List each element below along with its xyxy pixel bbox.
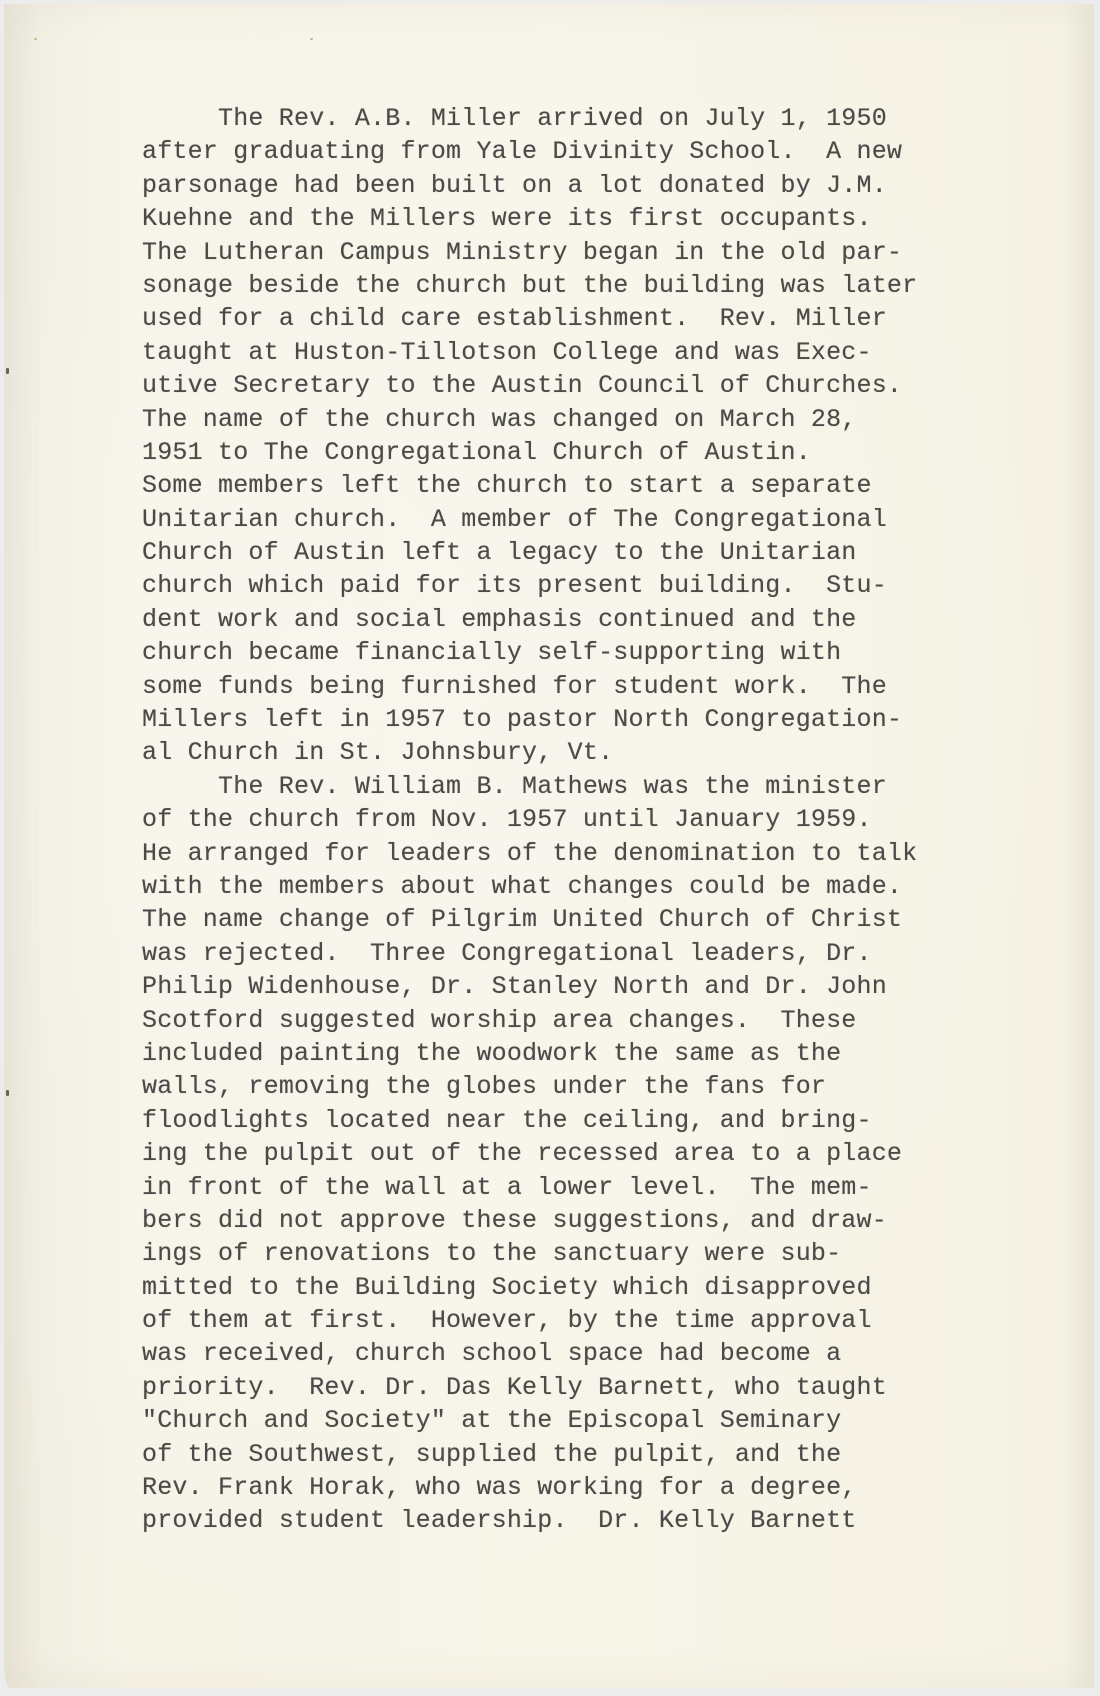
- text-line: of the Southwest, supplied the pulpit, a…: [142, 1438, 1042, 1471]
- text-line: taught at Huston-Tillotson College and w…: [142, 336, 1042, 369]
- text-line: with the members about what changes coul…: [142, 870, 1042, 903]
- text-line: was received, church school space had be…: [142, 1337, 1042, 1370]
- text-line: Unitarian church. A member of The Congre…: [142, 503, 1042, 536]
- text-line: dent work and social emphasis continued …: [142, 603, 1042, 636]
- text-line: included painting the woodwork the same …: [142, 1037, 1042, 1070]
- scanned-page: The Rev. A.B. Miller arrived on July 1, …: [4, 4, 1094, 1688]
- text-line: Millers left in 1957 to pastor North Con…: [142, 703, 1042, 736]
- paragraph: The Rev. William B. Mathews was the mini…: [142, 770, 1042, 1538]
- text-line: al Church in St. Johnsbury, Vt.: [142, 736, 1042, 769]
- text-line: was rejected. Three Congregational leade…: [142, 937, 1042, 970]
- text-line: The Rev. William B. Mathews was the mini…: [142, 770, 1042, 803]
- text-line: of the church from Nov. 1957 until Janua…: [142, 803, 1042, 836]
- margin-mark: [6, 1090, 9, 1096]
- text-line: The name of the church was changed on Ma…: [142, 403, 1042, 436]
- text-line: church which paid for its present buildi…: [142, 569, 1042, 602]
- text-line: walls, removing the globes under the fan…: [142, 1070, 1042, 1103]
- text-line: of them at first. However, by the time a…: [142, 1304, 1042, 1337]
- text-line: 1951 to The Congregational Church of Aus…: [142, 436, 1042, 469]
- text-line: ings of renovations to the sanctuary wer…: [142, 1237, 1042, 1270]
- text-line: Some members left the church to start a …: [142, 469, 1042, 502]
- text-line: priority. Rev. Dr. Das Kelly Barnett, wh…: [142, 1371, 1042, 1404]
- text-line: mitted to the Building Society which dis…: [142, 1271, 1042, 1304]
- text-line: Philip Widenhouse, Dr. Stanley North and…: [142, 970, 1042, 1003]
- paper-speck: [34, 38, 37, 40]
- text-line: "Church and Society" at the Episcopal Se…: [142, 1404, 1042, 1437]
- text-line: The Lutheran Campus Ministry began in th…: [142, 236, 1042, 269]
- text-line: church became financially self-supportin…: [142, 636, 1042, 669]
- text-line: sonage beside the church but the buildin…: [142, 269, 1042, 302]
- text-line: bers did not approve these suggestions, …: [142, 1204, 1042, 1237]
- body-text: The Rev. A.B. Miller arrived on July 1, …: [142, 102, 1042, 1538]
- paper-speck: [310, 38, 313, 40]
- text-line: Rev. Frank Horak, who was working for a …: [142, 1471, 1042, 1504]
- text-line: some funds being furnished for student w…: [142, 670, 1042, 703]
- text-line: used for a child care establishment. Rev…: [142, 302, 1042, 335]
- text-line: after graduating from Yale Divinity Scho…: [142, 135, 1042, 168]
- text-line: Church of Austin left a legacy to the Un…: [142, 536, 1042, 569]
- text-line: Scotford suggested worship area changes.…: [142, 1004, 1042, 1037]
- text-line: floodlights located near the ceiling, an…: [142, 1104, 1042, 1137]
- margin-mark: [6, 368, 9, 374]
- text-line: The Rev. A.B. Miller arrived on July 1, …: [142, 102, 1042, 135]
- text-line: parsonage had been built on a lot donate…: [142, 169, 1042, 202]
- text-line: ing the pulpit out of the recessed area …: [142, 1137, 1042, 1170]
- text-line: He arranged for leaders of the denominat…: [142, 837, 1042, 870]
- text-line: The name change of Pilgrim United Church…: [142, 903, 1042, 936]
- text-line: provided student leadership. Dr. Kelly B…: [142, 1504, 1042, 1537]
- text-line: in front of the wall at a lower level. T…: [142, 1171, 1042, 1204]
- paragraph: The Rev. A.B. Miller arrived on July 1, …: [142, 102, 1042, 770]
- text-line: utive Secretary to the Austin Council of…: [142, 369, 1042, 402]
- text-line: Kuehne and the Millers were its first oc…: [142, 202, 1042, 235]
